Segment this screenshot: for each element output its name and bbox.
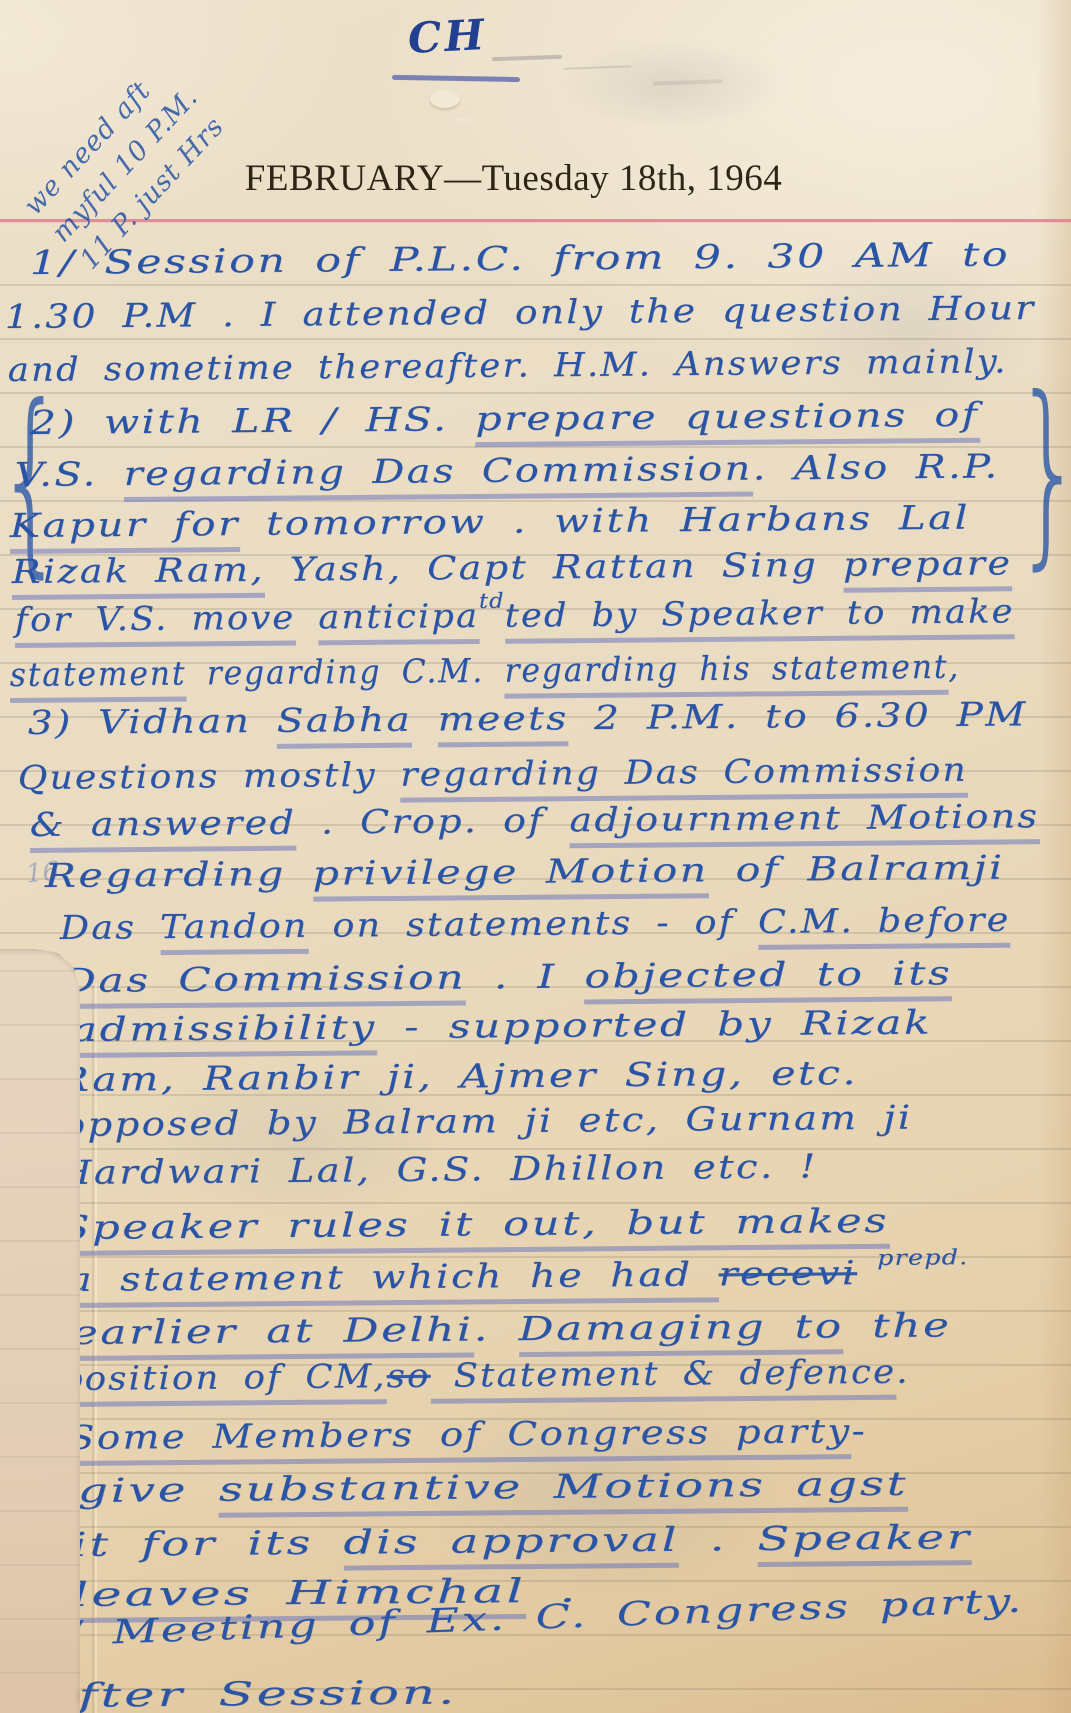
corner-initials-underline	[392, 75, 520, 82]
underlined-text: Some Members of Congress party	[68, 1411, 852, 1466]
inserted-text: prepd.	[857, 1245, 969, 1270]
text: 3) Vidhan	[28, 701, 277, 742]
handwritten-line: for V.S. move anticipatdted by Speaker t…	[15, 593, 1015, 638]
underlined-text: for V.S. move	[15, 598, 296, 648]
underlined-text: dis approval	[343, 1520, 679, 1571]
underlined-text: ted by Speaker to make	[504, 591, 1014, 643]
underlined-text: regarding Das Commission	[124, 449, 753, 502]
diary-page: FEBRUARY—Tuesday 18th, 1964 CH we need a…	[0, 0, 1071, 1713]
text: after Session.	[45, 1672, 458, 1713]
handwritten-line: V.S. regarding Das Commission. Also R.P.	[15, 448, 1000, 493]
handwritten-line: Hardwari Lal, G.S. Dhillon etc. !	[58, 1148, 818, 1191]
pencil-mark	[492, 55, 562, 61]
handwritten-brace-close: }	[1014, 372, 1071, 572]
text: it for its	[72, 1523, 344, 1564]
underlined-text: prepare	[843, 543, 1013, 592]
underlined-text: statement	[10, 653, 187, 703]
underlined-text: regarding Das Commission	[400, 750, 968, 803]
text	[412, 699, 438, 738]
handwritten-line: statement regarding C.M. regarding his s…	[10, 649, 961, 694]
text: . Also R.P.	[752, 446, 999, 487]
underlined-text: C.M. before	[758, 900, 1011, 950]
text: - supported by Rizak	[376, 1002, 932, 1046]
text: Das	[60, 907, 160, 947]
underlined-text: Tandon	[160, 906, 309, 955]
underlined-text: Sabha	[276, 700, 412, 749]
struck-text: so	[386, 1356, 430, 1395]
handwritten-line: Questions mostly regarding Das Commissio…	[18, 752, 968, 797]
underlined-text: meets	[437, 698, 568, 747]
handwritten-line: and sometime thereafter. H.M. Answers ma…	[8, 343, 1008, 388]
handwritten-line: Speaker rules it out, but makes	[60, 1203, 890, 1247]
underlined-text: & answered	[30, 803, 297, 853]
handwritten-line: 1/ Session of P.L.C. from 9. 30 AM to	[30, 236, 1011, 281]
underlined-text: Speaker rules it out, but makes	[60, 1201, 890, 1256]
ink-bleed-smudge	[560, 40, 780, 130]
underlined-text: Kapur for	[10, 504, 240, 554]
handwritten-line: it for its dis approval . Speaker	[72, 1519, 972, 1563]
handwritten-line: Kapur for tomorrow . with Harbans Lal	[10, 500, 970, 545]
text: 2) with LR / HS.	[30, 399, 476, 442]
text: give	[78, 1470, 219, 1510]
underlined-text: anticipa	[318, 596, 479, 645]
underlined-text: Statement & defence	[430, 1352, 896, 1404]
underlined-text: prepare questions of	[475, 395, 980, 447]
text: .	[896, 1352, 910, 1391]
underlined-text: adjournment Motions	[569, 796, 1039, 848]
handwritten-line: a statement which he had recevi prepd.	[68, 1254, 969, 1298]
text: Hardwari Lal, G.S. Dhillon etc. !	[58, 1146, 818, 1192]
handwritten-line: Regarding privilege Motion of Balramji	[45, 850, 1005, 895]
text: . Crop. of	[296, 800, 570, 841]
handwritten-line: earlier at Delhi. Damaging to the	[72, 1307, 952, 1351]
text: Regarding	[45, 854, 313, 895]
inserted-text: td	[479, 589, 505, 613]
text: of Balramji	[709, 848, 1005, 890]
handwritten-line: 2) with LR / HS. prepare questions of	[30, 397, 980, 442]
corner-initials-mark: CH	[407, 14, 488, 60]
text	[295, 597, 318, 636]
header-rule-line	[0, 219, 1071, 222]
text: ,	[948, 647, 960, 686]
underlined-text: admissibility	[72, 1007, 377, 1058]
underlined-text: privilege Motion	[312, 850, 709, 901]
paper-damage-spot	[430, 90, 460, 108]
text: the	[844, 1305, 952, 1345]
page-notch-edge	[0, 946, 85, 1713]
handwritten-line: 3) Vidhan Sabha meets 2 P.M. to 6.30 PM	[28, 696, 1028, 741]
text: Ram, Ranbir ji, Ajmer Sing, etc.	[58, 1053, 859, 1099]
underlined-text: a statement which he had	[68, 1254, 719, 1308]
underlined-text: substantive Motions agst	[219, 1464, 909, 1518]
underlined-text: position of CM,	[60, 1356, 387, 1407]
text: 2 P.M. to 6.30 PM	[568, 694, 1027, 737]
handwritten-line: Some Members of Congress party-	[68, 1413, 868, 1456]
underlined-text: Rizak Ram,	[12, 550, 265, 600]
text: V.S.	[15, 454, 124, 494]
handwritten-line: Das Commission . I objected to its	[62, 955, 953, 999]
handwritten-line: admissibility - supported by Rizak	[72, 1004, 933, 1048]
underlined-text: objected to its	[584, 953, 952, 1004]
handwritten-line: Ram, Ranbir ji, Ajmer Sing, etc.	[58, 1055, 859, 1098]
underlined-text: Das Commission	[62, 957, 467, 1009]
text: -	[851, 1411, 867, 1450]
handwritten-line: Rizak Ram, Yash, Capt Rattan Sing prepar…	[12, 545, 1013, 590]
handwritten-line: after Session.	[45, 1674, 458, 1713]
text: Yash, Capt Rattan Sing	[265, 545, 844, 589]
handwritten-line: give substantive Motions agst	[78, 1466, 909, 1510]
text: opposed by Balram ji etc, Gurnam ji	[62, 1098, 913, 1144]
text: tomorrow . with Harbans Lal	[240, 498, 971, 543]
text: Questions mostly	[18, 755, 401, 797]
struck-text: recevi	[718, 1253, 857, 1293]
handwritten-line: opposed by Balram ji etc, Gurnam ji	[62, 1100, 913, 1144]
text: on statements - of	[308, 902, 758, 945]
underlined-text: regarding his statement	[504, 647, 948, 699]
text: .	[679, 1519, 757, 1559]
handwritten-line: Das Tandon on statements - of C.M. befor…	[60, 902, 1011, 947]
text: .	[473, 1309, 518, 1348]
text: . I	[466, 956, 585, 996]
handwritten-line: position of CM,so Statement & defence.	[60, 1354, 910, 1398]
handwritten-line: & answered . Crop. of adjournment Motion…	[30, 798, 1040, 843]
underlined-text: Speaker	[757, 1517, 972, 1567]
underlined-text: Damaging to	[518, 1306, 844, 1357]
diary-scan: { "colors": { "ink": "#2a55a6", "underli…	[0, 0, 1071, 1713]
underlined-text: earlier at Delhi	[72, 1309, 474, 1361]
text: regarding C.M.	[186, 651, 504, 693]
